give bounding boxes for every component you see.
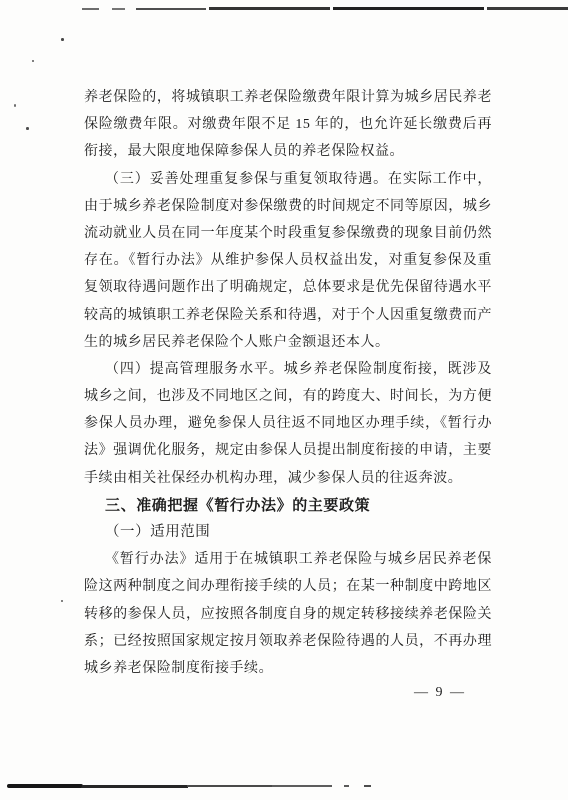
text-line: 《暂行办法》适用于在城镇职工养老保险与城乡居民养老保 [84, 546, 492, 573]
scan-bottom-edge-line [7, 784, 83, 788]
section-heading: 三、准确把握《暂行办法》的主要政策 [84, 492, 492, 519]
text-line: 衔接，最大限度地保障参保人员的养老保险权益。 [84, 138, 492, 165]
scan-speck [344, 785, 349, 787]
text-line: 参保人员办理，避免参保人员往返不同地区办理手续，《暂行办 [84, 410, 492, 437]
page-number: — 9 — [414, 685, 466, 701]
text-line: （四）提高管理服务水平。城乡养老保险制度衔接，既涉及 [84, 356, 492, 383]
document-body: 养老保险的，将城镇职工养老保险缴费年限计算为城乡居民养老 保险缴费年限。对缴费年… [84, 84, 492, 682]
scan-speck [61, 600, 63, 602]
scan-speck [32, 60, 34, 62]
scan-top-edge-line [82, 8, 99, 10]
scan-top-edge-line [333, 7, 484, 10]
text-line: 手续由相关社保经办机构办理，减少参保人员的往返奔波。 [84, 465, 492, 492]
text-line: 复领取待遇问题作出了明确规定，总体要求是优先保留待遇水平 [84, 274, 492, 301]
text-line: 转移的参保人员，应按照各制度自身的规定转移接续养老保险关 [84, 601, 492, 628]
text-line: 由于城乡养老保险制度对参保缴费的时间规定不同等原因，城乡 [84, 193, 492, 220]
scan-top-edge-line [209, 7, 330, 10]
text-line: 城乡之间，也涉及不同地区之间，有的跨度大、时间长，为方便 [84, 383, 492, 410]
text-line: 存在。《暂行办法》从维护参保人员权益出发，对重复参保及重 [84, 247, 492, 274]
scan-speck [14, 104, 16, 107]
text-line: 较高的城镇职工养老保险关系和待遇，对于个人因重复缴费而产 [84, 302, 492, 329]
scan-speck [61, 38, 64, 41]
text-line: 险这两种制度之间办理衔接手续的人员；在某一种制度中跨地区 [84, 573, 492, 600]
scan-top-edge-line [136, 8, 206, 10]
text-line: 系；已经按照国家规定按月领取养老保险待遇的人员，不再办理 [84, 628, 492, 655]
scan-bottom-edge-line [272, 785, 332, 787]
text-line: 保险缴费年限。对缴费年限不足 15 年的，也允许延长缴费后再 [84, 111, 492, 138]
scanned-page: 养老保险的，将城镇职工养老保险缴费年限计算为城乡居民养老 保险缴费年限。对缴费年… [0, 0, 568, 800]
scan-top-edge-line [112, 8, 125, 10]
scan-top-edge-line [487, 7, 568, 10]
scan-bottom-edge-line [187, 785, 273, 787]
text-line: 流动就业人员在同一年度某个时段重复参保缴费的现象目前仍然 [84, 220, 492, 247]
text-line: 养老保险的，将城镇职工养老保险缴费年限计算为城乡居民养老 [84, 84, 492, 111]
text-line: 生的城乡居民养老保险个人账户金额退还本人。 [84, 329, 492, 356]
scan-speck [364, 785, 371, 787]
scan-bottom-edge-line [82, 785, 188, 788]
subsection-heading: （一）适用范围 [84, 519, 492, 546]
text-line: 城乡养老保险制度衔接手续。 [84, 655, 492, 682]
text-line: 法》强调优化服务，规定由参保人员提出制度衔接的申请，主要 [84, 437, 492, 464]
text-line: （三）妥善处理重复参保与重复领取待遇。在实际工作中， [84, 166, 492, 193]
scan-speck [26, 127, 29, 130]
